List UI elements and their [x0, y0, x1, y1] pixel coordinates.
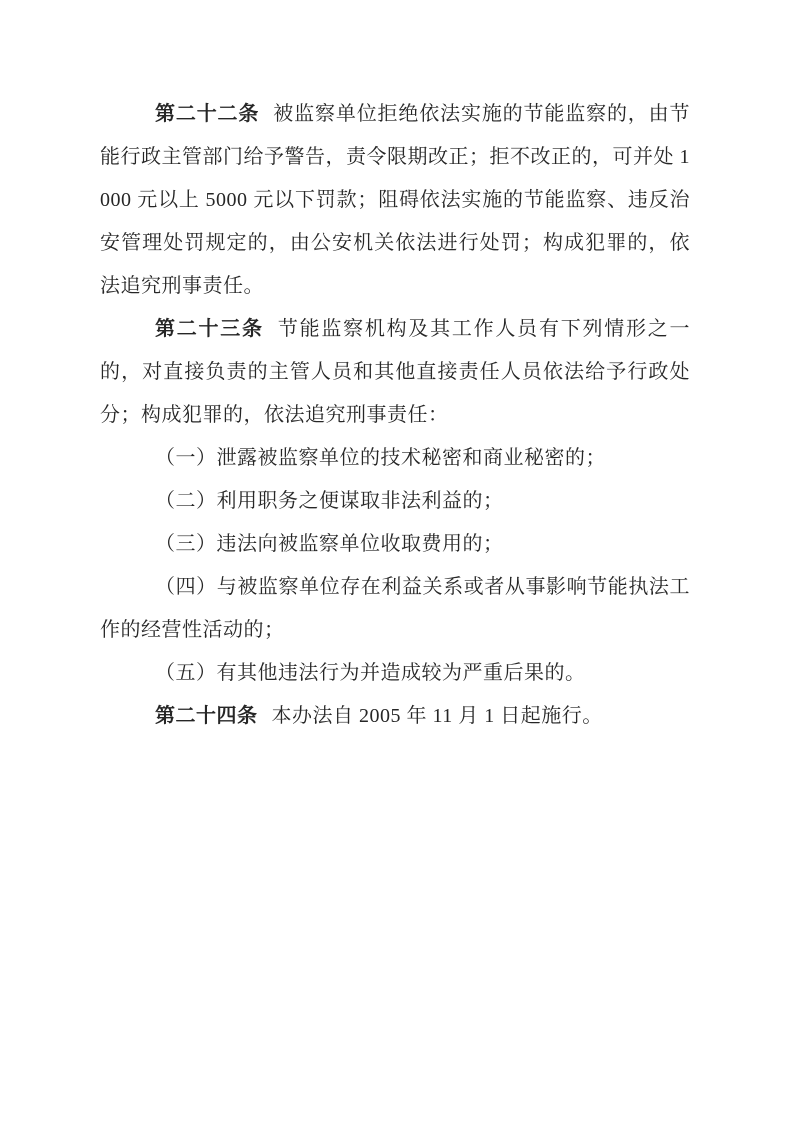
- paragraph-item-5: （五）有其他违法行为并造成较为严重后果的。: [100, 652, 690, 695]
- article-23-number: 第二十三条: [155, 318, 264, 340]
- item-3-text: （三）违法向被监察单位收取费用的；: [155, 533, 504, 555]
- paragraph-item-1: （一）泄露被监察单位的技术秘密和商业秘密的；: [100, 437, 690, 480]
- item-2-text: （二）利用职务之便谋取非法利益的；: [155, 490, 504, 512]
- article-22-text: 被监察单位拒绝依法实施的节能监察的，由节能行政主管部门给予警告，责令限期改正；拒…: [100, 103, 690, 297]
- item-5-text: （五）有其他违法行为并造成较为严重后果的。: [155, 662, 586, 684]
- article-24-text: 本办法自 2005 年 11 月 1 日起施行。: [272, 705, 603, 727]
- article-22-number: 第二十二条: [155, 103, 259, 125]
- legal-text-block: 第二十二条被监察单位拒绝依法实施的节能监察的，由节能行政主管部门给予警告，责令限…: [100, 93, 690, 738]
- paragraph-item-2: （二）利用职务之便谋取非法利益的；: [100, 480, 690, 523]
- paragraph-item-3: （三）违法向被监察单位收取费用的；: [100, 523, 690, 566]
- paragraph-article-22: 第二十二条被监察单位拒绝依法实施的节能监察的，由节能行政主管部门给予警告，责令限…: [100, 93, 690, 308]
- paragraph-article-24: 第二十四条本办法自 2005 年 11 月 1 日起施行。: [100, 695, 690, 738]
- paragraph-item-4: （四）与被监察单位存在利益关系或者从事影响节能执法工作的经营性活动的；: [100, 566, 690, 652]
- paragraph-article-23: 第二十三条节能监察机构及其工作人员有下列情形之一的，对直接负责的主管人员和其他直…: [100, 308, 690, 437]
- item-1-text: （一）泄露被监察单位的技术秘密和商业秘密的；: [155, 447, 606, 469]
- article-24-number: 第二十四条: [155, 705, 258, 727]
- document-page: 第二十二条被监察单位拒绝依法实施的节能监察的，由节能行政主管部门给予警告，责令限…: [0, 0, 800, 1131]
- item-4-text: （四）与被监察单位存在利益关系或者从事影响节能执法工作的经营性活动的；: [100, 576, 690, 641]
